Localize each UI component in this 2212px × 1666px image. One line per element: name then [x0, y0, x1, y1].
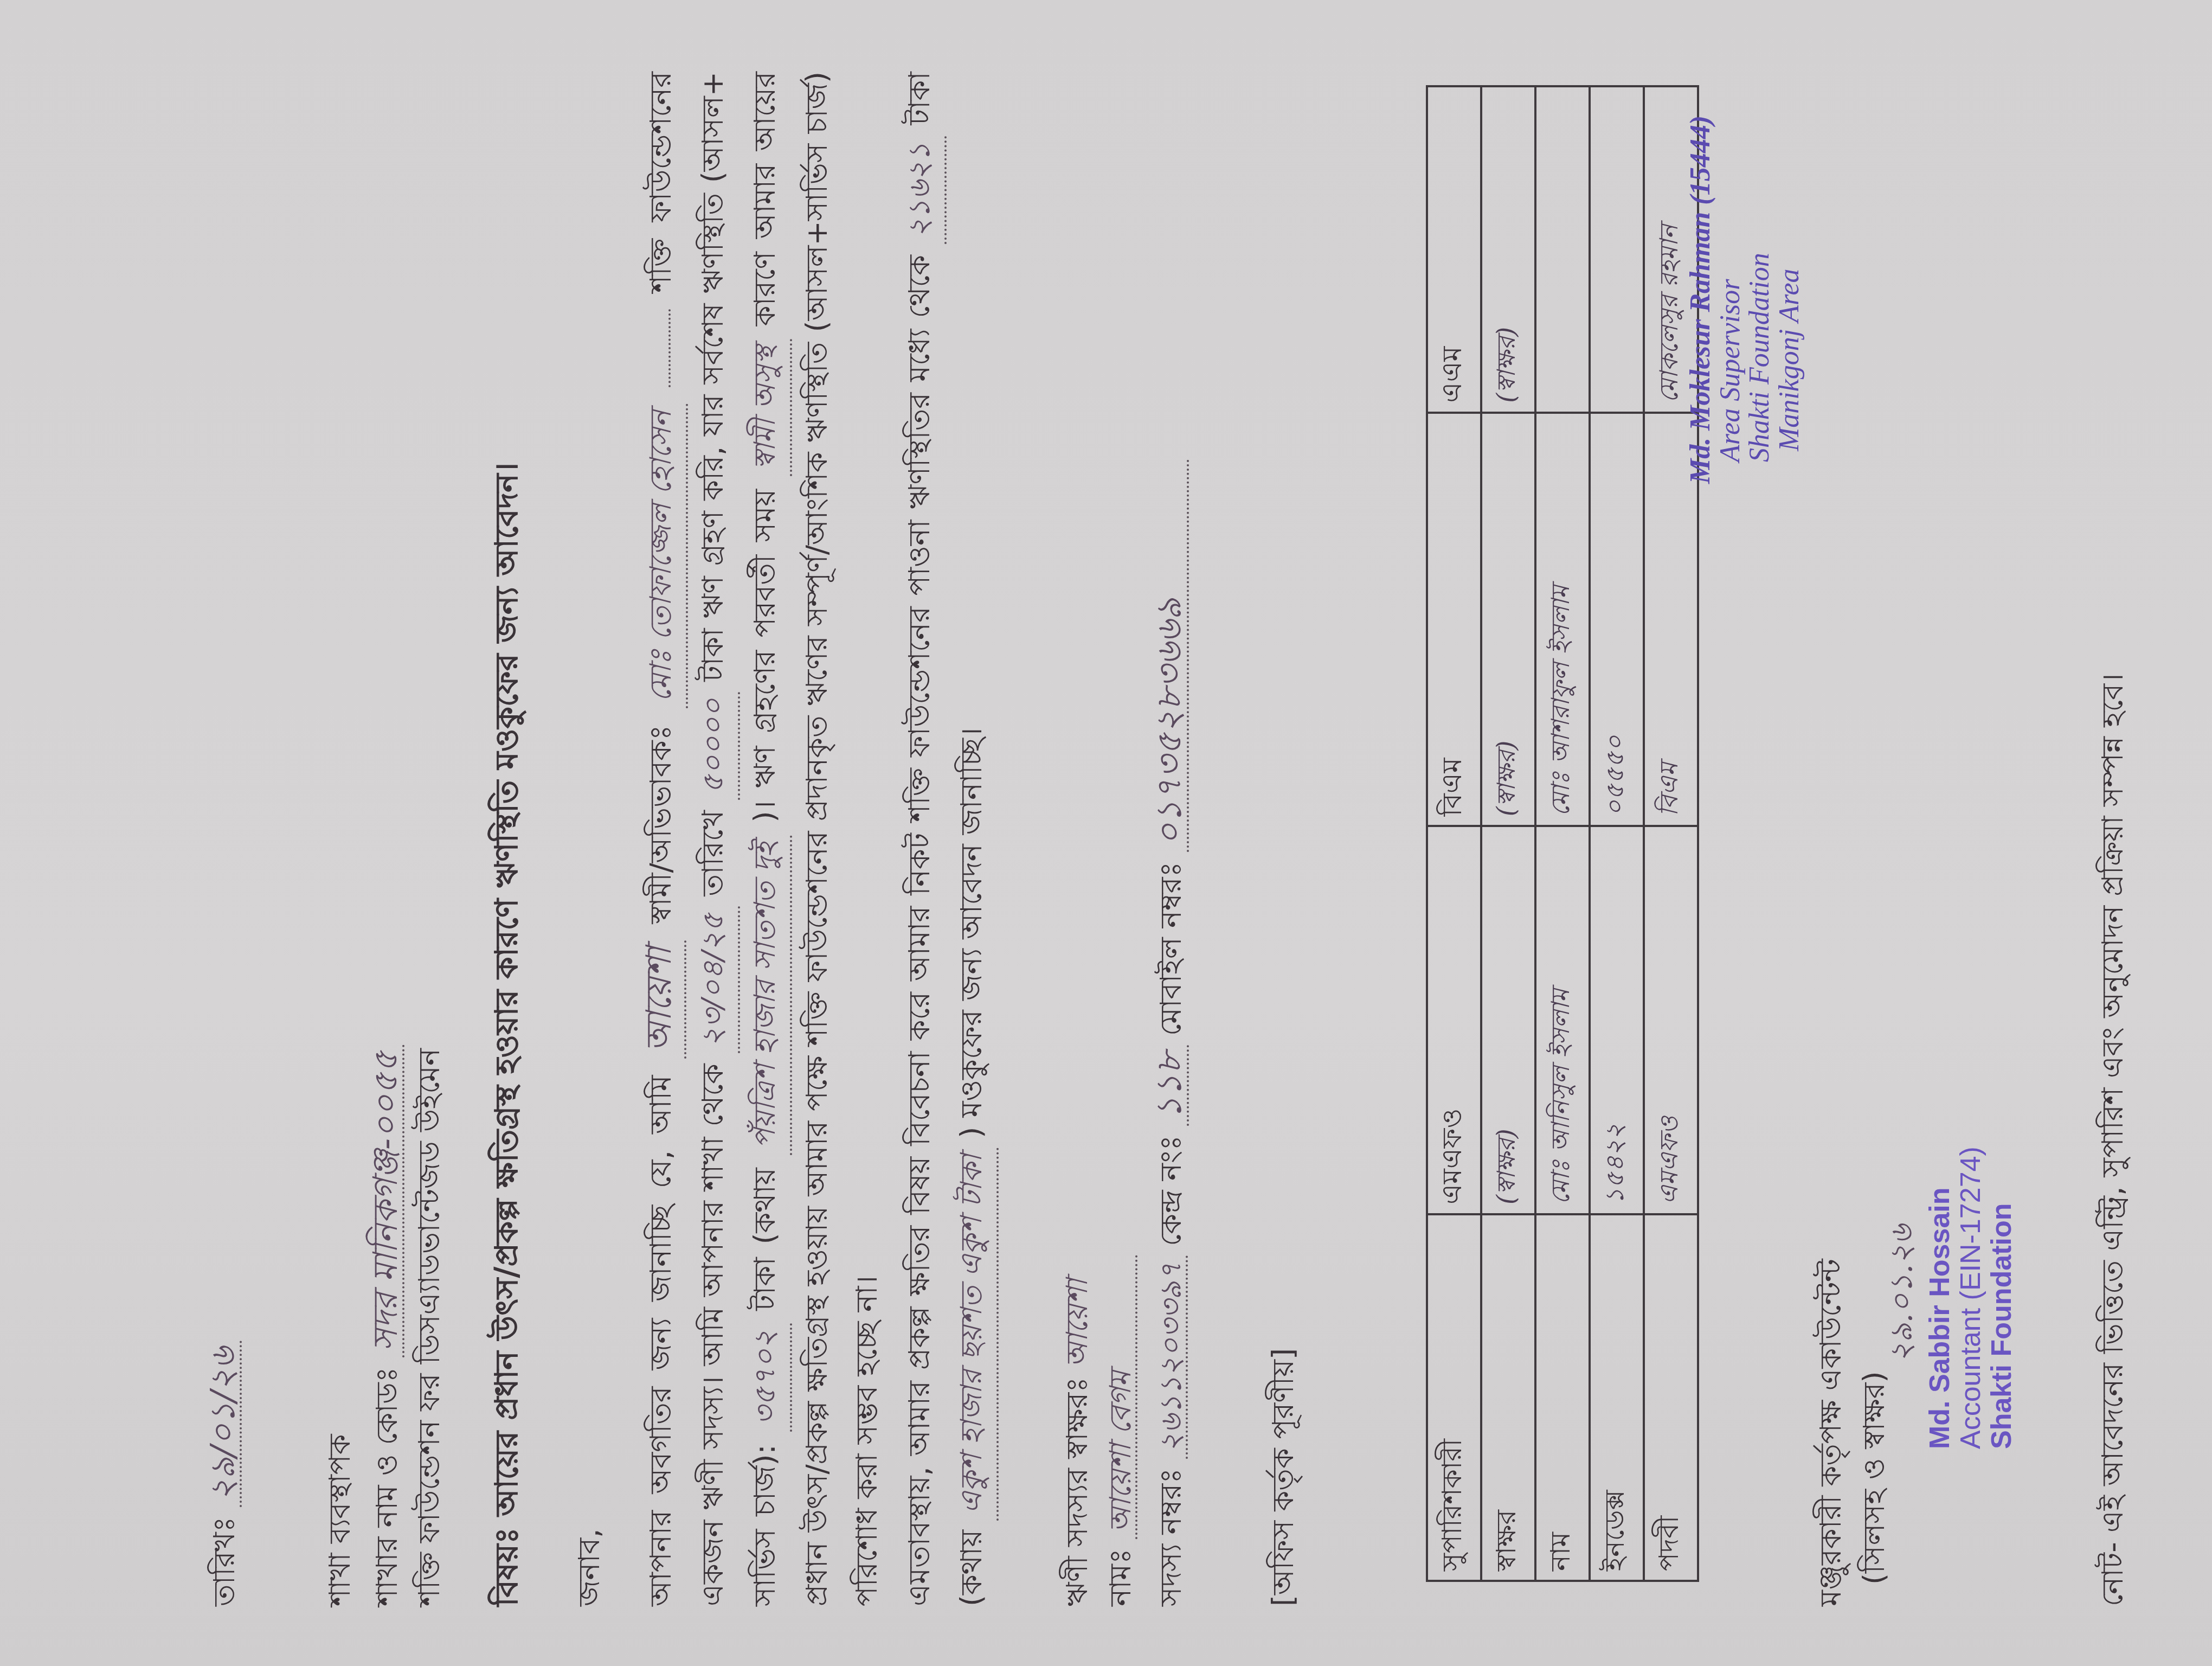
- area-supervisor-stamp: Md. Moklesur Rahman (15444) Area Supervi…: [1686, 116, 1804, 484]
- outstanding-balance-field: ৩৫৭০২: [740, 1323, 792, 1431]
- accountant-sub-label: (সিলসহ ও স্বাক্ষর): [1860, 1371, 1889, 1585]
- table-header-cell: বিএম: [1427, 413, 1481, 826]
- member-signature-line: ঋণী সদস্যর স্বাক্ষরঃ আয়েশা: [1063, 1279, 1092, 1606]
- recipient-title: শাখা ব্যবস্থাপক: [325, 1434, 355, 1606]
- accountant-label: মঞ্জুরকারী কর্তৃপক্ষ একাউন্টেন্ট: [1816, 1259, 1846, 1606]
- outstanding-words-field: পঁয়ত্রিশ হাজার সাতশত দুই: [740, 835, 792, 1155]
- member-name-value: আয়েশা বেগম: [1106, 1255, 1137, 1539]
- date-line: তারিখঃ ২৯/০১/২৬: [206, 1341, 242, 1606]
- reason-field: স্বামী অসুস্থ: [740, 339, 792, 476]
- branch-line: শাখার নাম ও কোডঃ সদর মানিকগঞ্জ-০০৫৫: [369, 1045, 404, 1606]
- table-header-cell: এএম: [1427, 86, 1481, 413]
- table-row: স্বাক্ষর (স্বাক্ষর) (স্বাক্ষর) (স্বাক্ষর…: [1481, 86, 1535, 1581]
- body-paragraph-2: এমতাবস্থায়, আমার প্রকল্প ক্ষতির বিষয় ব…: [895, 72, 999, 1606]
- branch-value: সদর মানিকগঞ্জ-০০৫৫: [369, 1045, 404, 1358]
- accountant-stamp: Md. Sabbir Hossain Accountant (EIN-17274…: [1925, 1146, 2018, 1449]
- accountant-sign-date: ২৯.০১.২৬: [1887, 1225, 1917, 1362]
- member-ids-line: সদস্য নম্বরঃ ২৬১১২০৩৩৯৭ কেন্দ্র নংঃ ১১৮ …: [1152, 459, 1189, 1606]
- loan-amount-field: ৫০০০০: [688, 692, 740, 800]
- guardian-name-field: মোঃ তোফাজ্জেল হোসেন: [636, 403, 688, 708]
- org-line: শক্তি ফাউন্ডেশন ফর ডিসএ্যাডভান্টেজড উইমে…: [415, 1048, 444, 1606]
- body-paragraph-1: আপনার অবগতির জন্য জানাচ্ছি যে, আমি আয়েশ…: [634, 72, 892, 1606]
- application-page: তারিখঃ ২৯/০১/২৬ শাখা ব্যবস্থাপক শাখার না…: [0, 0, 2212, 1666]
- member-name-line: নামঃ আয়েশা বেগম: [1106, 1255, 1137, 1606]
- office-section-title: [অফিস কর্তৃক পূরণীয়]: [1269, 1348, 1298, 1606]
- member-name-field: আয়েশা: [634, 940, 686, 1059]
- subject-line: বিষয়ঃ আয়ের প্রধান উৎস/প্রকল্প ক্ষতিগ্র…: [491, 463, 522, 1606]
- recommendation-table: সুপারিশকারী এমএফও বিএম এএম স্বাক্ষর (স্ব…: [1426, 85, 1699, 1582]
- member-signature: আয়েশা: [1060, 1279, 1094, 1368]
- footer-note: নোট- এই আবেদনের ভিত্তিতে এন্ট্রি, সুপারি…: [2098, 673, 2127, 1606]
- table-row: নাম মোঃ আনিসুল ইসলাম মোঃ আশরাফুল ইসলাম: [1535, 86, 1590, 1581]
- mobile-number-value: ০১৭৩৫২৮৩৬৬৯: [1152, 459, 1189, 852]
- table-header-cell: এমএফও: [1427, 826, 1481, 1214]
- waiver-words-field: একুশ হাজার ছয়শত একুশ টাকা: [947, 1148, 999, 1521]
- table-header-row: সুপারিশকারী এমএফও বিএম এএম: [1427, 86, 1481, 1581]
- table-row: ইনডেক্স ১৫৪২২ ০৫৫৫০: [1590, 86, 1644, 1581]
- table-header-cell: সুপারিশকারী: [1427, 1214, 1481, 1581]
- loan-date-field: ২৩/০৪/২৫: [688, 906, 740, 1053]
- salutation: জনাব,: [575, 1529, 604, 1606]
- date-value: ২৯/০১/২৬: [206, 1341, 242, 1508]
- center-number-value: ১১৮: [1152, 1045, 1189, 1126]
- member-number-value: ২৬১১২০৩৩৯৭: [1156, 1255, 1188, 1459]
- waiver-amount-field: ২১৬২১: [895, 136, 947, 244]
